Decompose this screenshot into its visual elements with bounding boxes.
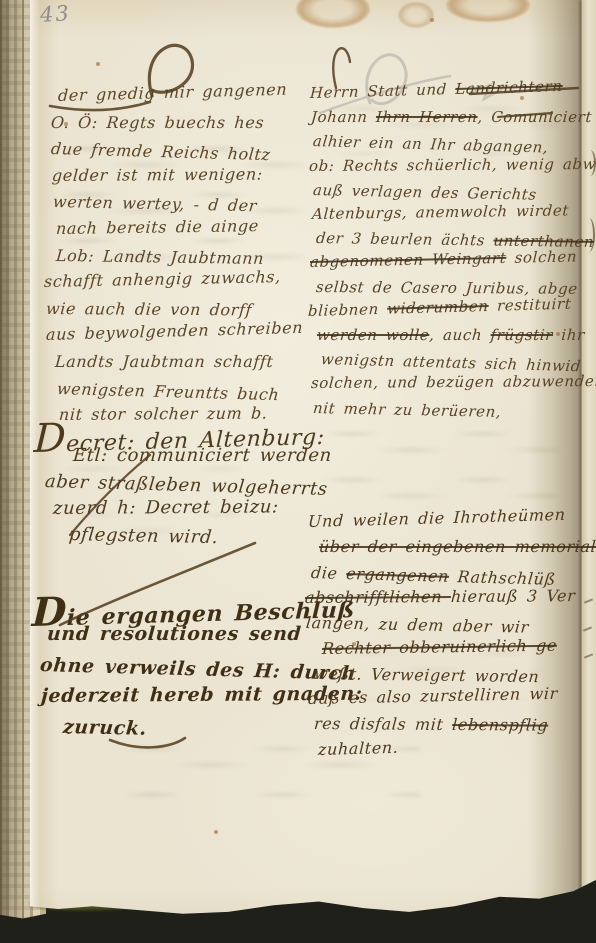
struck-text: werden wolle [316,326,430,344]
manuscript-line: wie auch die von dorff [45,301,252,318]
manuscript-line: daß es also zurstelliren wir [308,686,559,707]
folio-number: 43 [39,1,71,27]
manuscript-line: wenigstn attentats sich hinwid [320,352,581,374]
handwritten-text: selbst de Casero Juribus, abge [315,278,578,298]
handwritten-text: die [310,563,347,583]
handwritten-text: solchen, und bezügen abzuwenden [310,372,596,392]
handwritten-text: Rathschlüß [448,566,557,588]
manuscript-line: werden wolle, auch frügstir ihr [316,328,585,343]
handwritten-text: Herrn Statt und [310,80,456,102]
handwritten-text: zuerd h: Decret beizu: [52,496,279,519]
manuscript-line: abgenomenen Weingart solchen [310,250,578,271]
struck-text: Landrichtern [455,77,563,98]
manuscript-line: Rechter obberuinerlich ge [322,637,558,656]
manuscript-line: der gnedig mir gangenen [58,82,288,104]
manuscript-line: aus beywolgenden schreiben [46,320,304,343]
handwritten-text: due fremde Reichs holtz [50,139,271,164]
manuscript-line: Und weilen die Ihrotheümen [308,507,566,530]
handwritten-text: restituirt [488,294,572,314]
struck-text: frügstir [490,326,554,344]
handwritten-text: wie auch die von dorff [45,299,252,319]
struck-text: Rechter obberuinerlich ge [321,635,557,657]
handwritten-text: Etl: communiciert werden [72,445,332,466]
manuscript-line: zuruck. [62,718,148,739]
manuscript-line: Herrn Statt und Landrichtern [310,79,563,101]
manuscript-line: auß verlagen des Gerichts [312,183,537,203]
handwritten-text: Lob: Landts Jaubtmann [55,246,265,268]
handwritten-text: ihr [552,326,585,344]
handwritten-text: nit mehr zu berüeren, [312,399,502,421]
manuscript-line: langen, zu dem aber wir [305,615,529,636]
struck-text: über der eingebenen memorialien [318,537,596,556]
manuscript-line: die ergangenen Rathschlüß [310,565,556,588]
manuscript-line: Etl: communiciert werden [72,447,332,465]
handwritten-text: schafft anhengig zuwachs, [44,267,282,291]
handwritten-text: bliebnen [308,300,388,320]
manuscript-line: selbst de Casero Juribus, abge [315,280,578,297]
handwritten-text: , auch [429,326,491,344]
manuscript-line: aber straßleben wolgeherrts [44,473,328,499]
handwritten-text: zuruck. [62,716,148,740]
manuscript-line: nach bereits die ainge [56,218,260,237]
manuscript-line: O. Ö: Regts buechs hes [50,115,264,131]
handwritten-text: O. Ö: Regts buechs hes [50,113,265,132]
handwritten-text: daß es also zurstelliren wir [308,684,559,708]
manuscript-line: weßt. Verweigert worden [313,666,540,685]
handwritten-text: langen, zu dem aber wir [305,613,530,637]
handwritten-text: ohne verweils des H: durch [39,654,357,685]
manuscript-line: werten wertey, - d der [52,194,257,214]
manuscript-line: nit mehr zu berüeren, [312,401,502,420]
handwritten-text: gelder ist mit wenigen: [51,164,263,184]
manuscript-line: Landts Jaubtman schafft [54,354,274,370]
manuscript-line: ob: Rechts schüerlich, wenig abw [309,157,596,174]
handwritten-text: auß verlagen des Gerichts [312,181,537,204]
handwritten-text: zuhalten. [318,737,399,758]
handwritten-text: werten wertey, - d der [52,192,258,215]
manuscript-line: bliebnen widerumben restituirt [308,296,572,318]
handwritten-text: alhier ein an Ihr abgangen, [312,132,549,157]
handwritten-text: Landts Jaubtman schafft [54,352,274,371]
handwritten-text: res disfals mit [313,714,453,734]
handwritten-text: pflegsten wird. [68,524,219,548]
handwritten-text: ob: Rechts schüerlich, wenig abw [308,155,596,175]
handwritten-text: weßt. Verweigert worden [313,664,540,686]
manuscript-line: schafft anhengig zuwachs, [44,269,282,290]
manuscript-line: pflegsten wird. [68,526,219,547]
manuscript-line: due fremde Reichs holtz [50,141,271,163]
struck-text: Ihrn Herren [375,108,478,126]
handwritten-text: solchen [506,248,578,267]
manuscript-line: über der eingebenen memorialien [318,539,596,555]
manuscript-line: Lob: Landts Jaubtmann [55,248,264,267]
handwritten-text: hierauß 3 Ver [450,586,576,606]
manuscript-line: abschrifftlichen hierauß 3 Ver [304,588,575,606]
handwritten-text: aber straßleben wolgeherrts [44,471,329,500]
handwriting-layer: der gnedig mir gangenenO. Ö: Regts buech… [0,0,596,943]
manuscript-line: gelder ist mit wenigen: [51,166,263,183]
manuscript-line: und resolutiones send [46,625,302,644]
manuscript-line: ohne verweils des H: durch [39,656,357,684]
struck-text: widerumben [387,297,489,318]
handwritten-text: der 3 beurlen ächts [315,229,494,249]
manuscript-line: zuerd h: Decret beizu: [52,498,279,518]
handwritten-text: aus beywolgenden schreiben [46,318,304,344]
struck-text: lebenspflig [452,715,549,735]
handwritten-text: Johann [310,108,376,126]
handwritten-text: und resolutiones send [46,623,302,645]
struck-text: abgenomenen Weingart [310,249,507,271]
manuscript-line: zuhalten. [318,739,399,757]
manuscript-line: Altenburgs, anemwolch wirdet [312,203,570,222]
struck-text: abschrifftlichen [304,587,451,607]
manuscript-line: res disfals mit lebenspflig [313,716,548,734]
handwritten-text: wenigsten Freuntts buch [56,379,280,404]
manuscript-line: Johann Ihrn Herren, Comuniciert [310,110,592,125]
handwritten-text: nach bereits die ainge [55,216,259,238]
manuscript-scan: 43 der gnedig mir gangenenO. Ö: Regts bu… [0,0,596,943]
handwritten-text: Altenburgs, anemwolch wirdet [312,201,570,223]
manuscript-line: wenigsten Freuntts buch [56,381,280,403]
struck-text: ergangenen [345,564,450,586]
manuscript-line: alhier ein an Ihr abgangen, [312,134,549,156]
handwritten-text: der gnedig mir gangenen [58,80,288,105]
handwritten-text: Und weilen die Ihrotheümen [308,505,566,531]
handwritten-text: , Comuniciert [477,108,593,126]
manuscript-line: solchen, und bezügen abzuwenden [311,374,596,391]
